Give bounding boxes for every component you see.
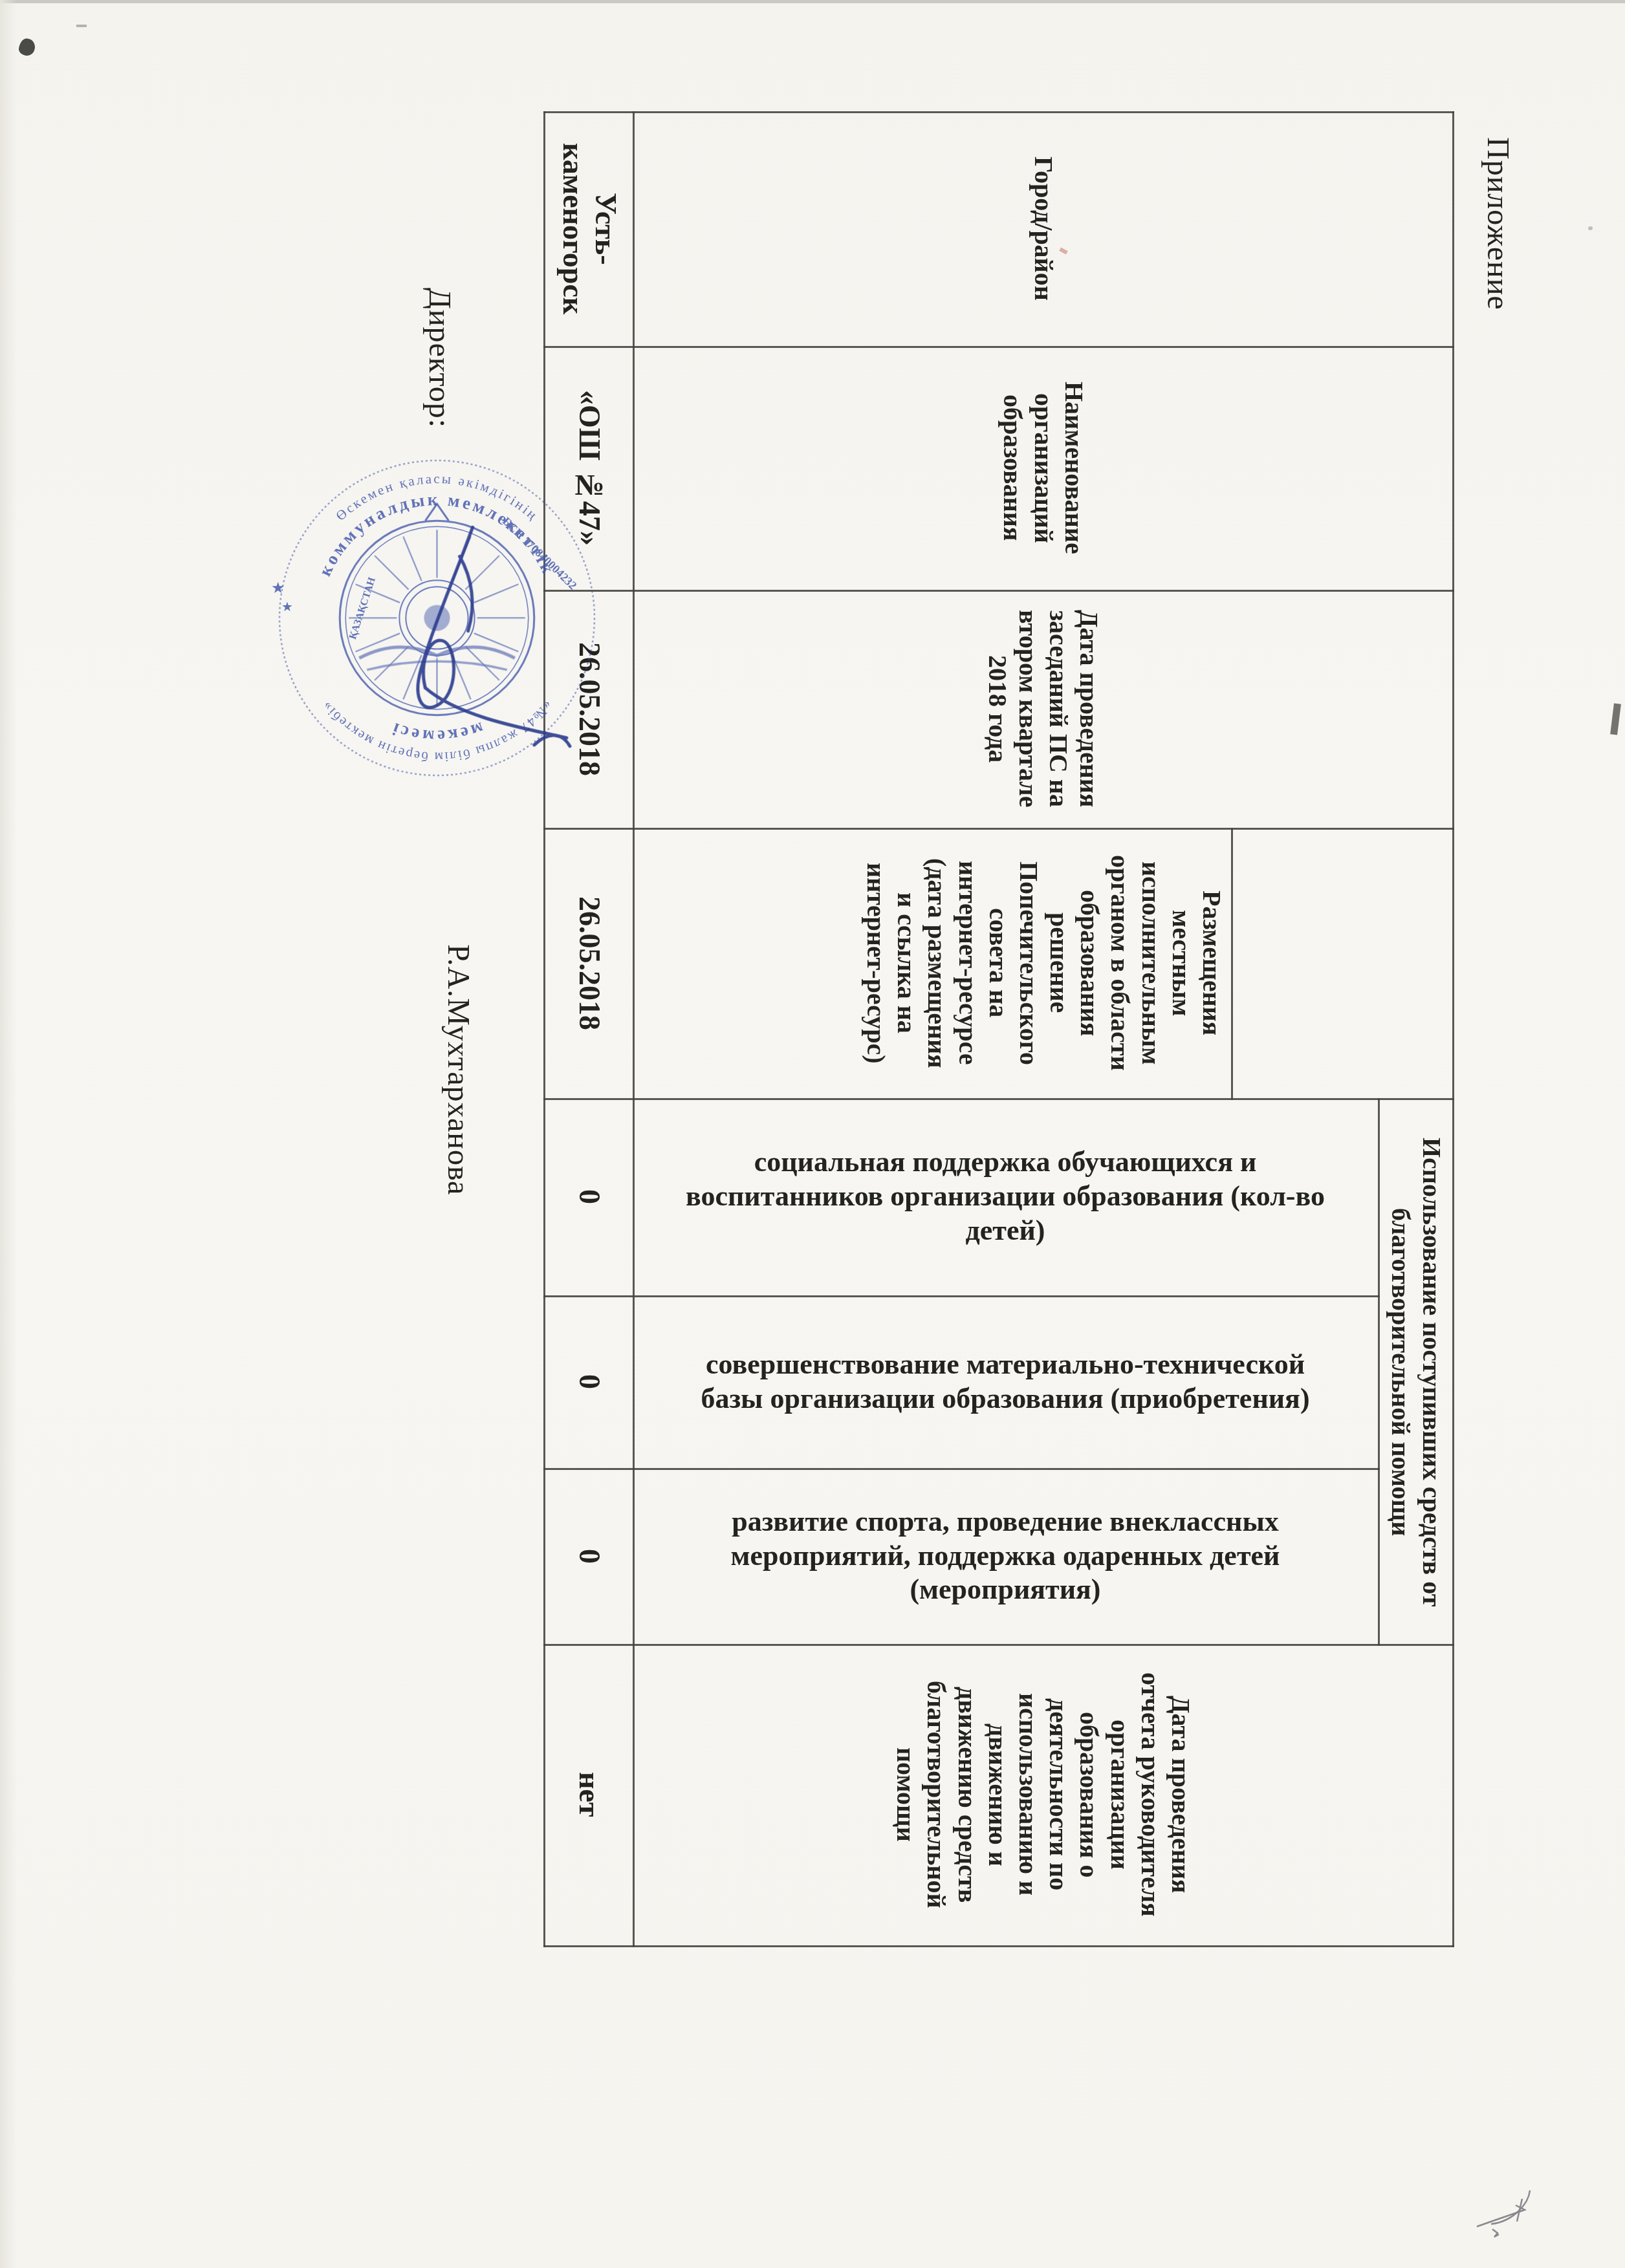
data-value-publish-date: 26.05.2018 [573,896,605,1030]
data-cell-report-date: нет [545,1646,633,1943]
data-value-sport: 0 [573,1549,605,1564]
grid-line-right [1452,111,1454,1947]
grid-line-band4 [1231,828,1233,1100]
header-cell-report-date: Дата проведения отчета руководителя орга… [635,1646,1452,1943]
stamp-star-icon: ★ [271,580,285,597]
header-text-report-date: Дата проведения отчета руководителя орга… [891,1672,1196,1917]
header-text-meeting-date: Дата проведения заседаний ПС на втором к… [983,610,1105,808]
scan-edge-mark-artifact [1610,704,1621,735]
group-header-cell: Использование поступивших средств от бла… [1380,1100,1452,1644]
data-value-city: Усть- каменогорск [556,143,622,314]
header-cell-sport: развитие спорта, проведение внеклассных … [635,1470,1376,1642]
header-cell-social-support: социальная поддержка обучающихся и воспи… [635,1100,1376,1293]
stamp-inner-bottom-text: мекемесі [387,718,486,746]
scan-blot-artifact [17,37,37,58]
stamp-star-icon: ★ [281,600,293,614]
director-name: Р.А.Мухтарханова [441,944,476,1195]
data-cell-sport: 0 [545,1470,633,1642]
header-cell-material-base: совершенствование материально-техническо… [635,1297,1376,1466]
header-text-material-base: совершенствование материально-техническо… [701,1348,1309,1416]
group-header-text: Использование поступивших средств от бла… [1385,1138,1447,1606]
grid-line-bottom [543,1945,1454,1947]
header-cell-school: Наименование организаций образования [635,348,1452,588]
stamp-bin-text: БСН 170840004232 [500,515,580,592]
data-value-social-support: 0 [573,1189,605,1204]
official-stamp: Өскемен қаласы әкімдігінің «№47 жалпы бі… [264,445,610,791]
data-cell-city: Усть- каменогорск [545,113,633,344]
data-cell-material-base: 0 [545,1297,633,1466]
scanned-page: Приложение Усть- каменогорск «ОШ №47» 26… [0,0,1625,2268]
scan-speck-artifact [76,25,87,27]
director-label: Директор: [422,288,457,428]
header-text-school: Наименование организаций образования [998,382,1089,554]
header-cell-publish-date: Размещения местным исполнительным органо… [635,830,1227,1096]
data-value-material-base: 0 [573,1374,605,1389]
header-cell-city: Город/район [635,113,1452,344]
data-cell-social-support: 0 [545,1100,633,1293]
header-text-publish-date: Размещения местным исполнительным органо… [861,855,1227,1070]
pen-mark-artifact [1465,2170,1575,2247]
data-value-report-date: нет [573,1772,605,1817]
header-text-city: Город/район [1028,157,1058,301]
header-text-sport: развитие спорта, проведение внеклассных … [731,1505,1280,1607]
data-cell-publish-date: 26.05.2018 [545,830,633,1096]
scan-speck-artifact [1588,226,1593,230]
appendix-label: Приложение [1480,137,1516,310]
header-text-social-support: социальная поддержка обучающихся и воспи… [686,1145,1325,1247]
header-cell-meeting-date: Дата проведения заседаний ПС на втором к… [635,592,1452,826]
